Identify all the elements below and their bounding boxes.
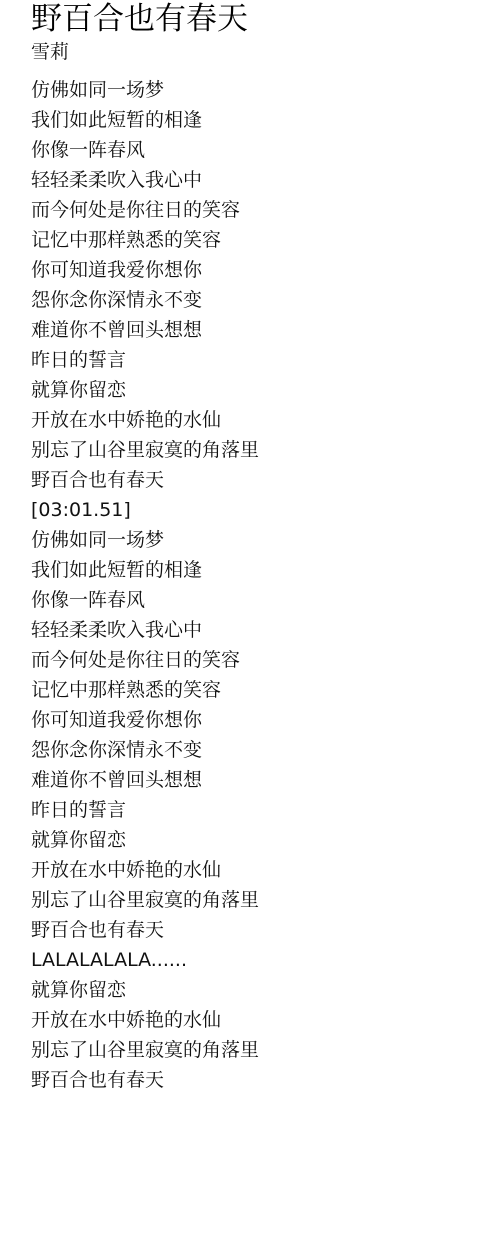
lyric-line: 就算你留恋	[31, 375, 500, 405]
lyric-line: 仿佛如同一场梦	[31, 75, 500, 105]
lyric-line: 难道你不曾回头想想	[31, 315, 500, 345]
lyric-line: 别忘了山谷里寂寞的角落里	[31, 885, 500, 915]
lyric-line: 你可知道我爱你想你	[31, 705, 500, 735]
lyric-line: 而今何处是你往日的笑容	[31, 645, 500, 675]
lyrics-body: 仿佛如同一场梦我们如此短暂的相逢你像一阵春风轻轻柔柔吹入我心中而今何处是你往日的…	[31, 75, 500, 1095]
lyrics-page: 野百合也有春天 雪莉 仿佛如同一场梦我们如此短暂的相逢你像一阵春风轻轻柔柔吹入我…	[0, 0, 500, 1095]
lyric-line: 昨日的誓言	[31, 795, 500, 825]
lyric-line: [03:01.51]	[31, 495, 500, 525]
lyric-line: 野百合也有春天	[31, 915, 500, 945]
lyric-line: 而今何处是你往日的笑容	[31, 195, 500, 225]
lyric-line: 轻轻柔柔吹入我心中	[31, 165, 500, 195]
lyric-line: 就算你留恋	[31, 975, 500, 1005]
lyric-line: 我们如此短暂的相逢	[31, 555, 500, 585]
lyric-line: 记忆中那样熟悉的笑容	[31, 225, 500, 255]
song-artist: 雪莉	[31, 38, 500, 66]
lyric-line: 记忆中那样熟悉的笑容	[31, 675, 500, 705]
lyric-line: 别忘了山谷里寂寞的角落里	[31, 435, 500, 465]
lyric-line: 开放在水中娇艳的水仙	[31, 855, 500, 885]
lyric-line: LALALALALA......	[31, 945, 500, 975]
lyric-line: 你像一阵春风	[31, 135, 500, 165]
lyric-line: 怨你念你深情永不变	[31, 285, 500, 315]
lyric-line: 别忘了山谷里寂寞的角落里	[31, 1035, 500, 1065]
lyric-line: 就算你留恋	[31, 825, 500, 855]
lyric-line: 开放在水中娇艳的水仙	[31, 405, 500, 435]
lyric-line: 我们如此短暂的相逢	[31, 105, 500, 135]
lyric-line: 难道你不曾回头想想	[31, 765, 500, 795]
lyric-line: 你可知道我爱你想你	[31, 255, 500, 285]
lyric-line: 野百合也有春天	[31, 465, 500, 495]
lyric-line: 你像一阵春风	[31, 585, 500, 615]
lyric-line: 仿佛如同一场梦	[31, 525, 500, 555]
lyric-line: 开放在水中娇艳的水仙	[31, 1005, 500, 1035]
lyric-line: 怨你念你深情永不变	[31, 735, 500, 765]
lyric-line: 轻轻柔柔吹入我心中	[31, 615, 500, 645]
lyric-line: 昨日的誓言	[31, 345, 500, 375]
song-title: 野百合也有春天	[31, 0, 500, 38]
lyric-line: 野百合也有春天	[31, 1065, 500, 1095]
